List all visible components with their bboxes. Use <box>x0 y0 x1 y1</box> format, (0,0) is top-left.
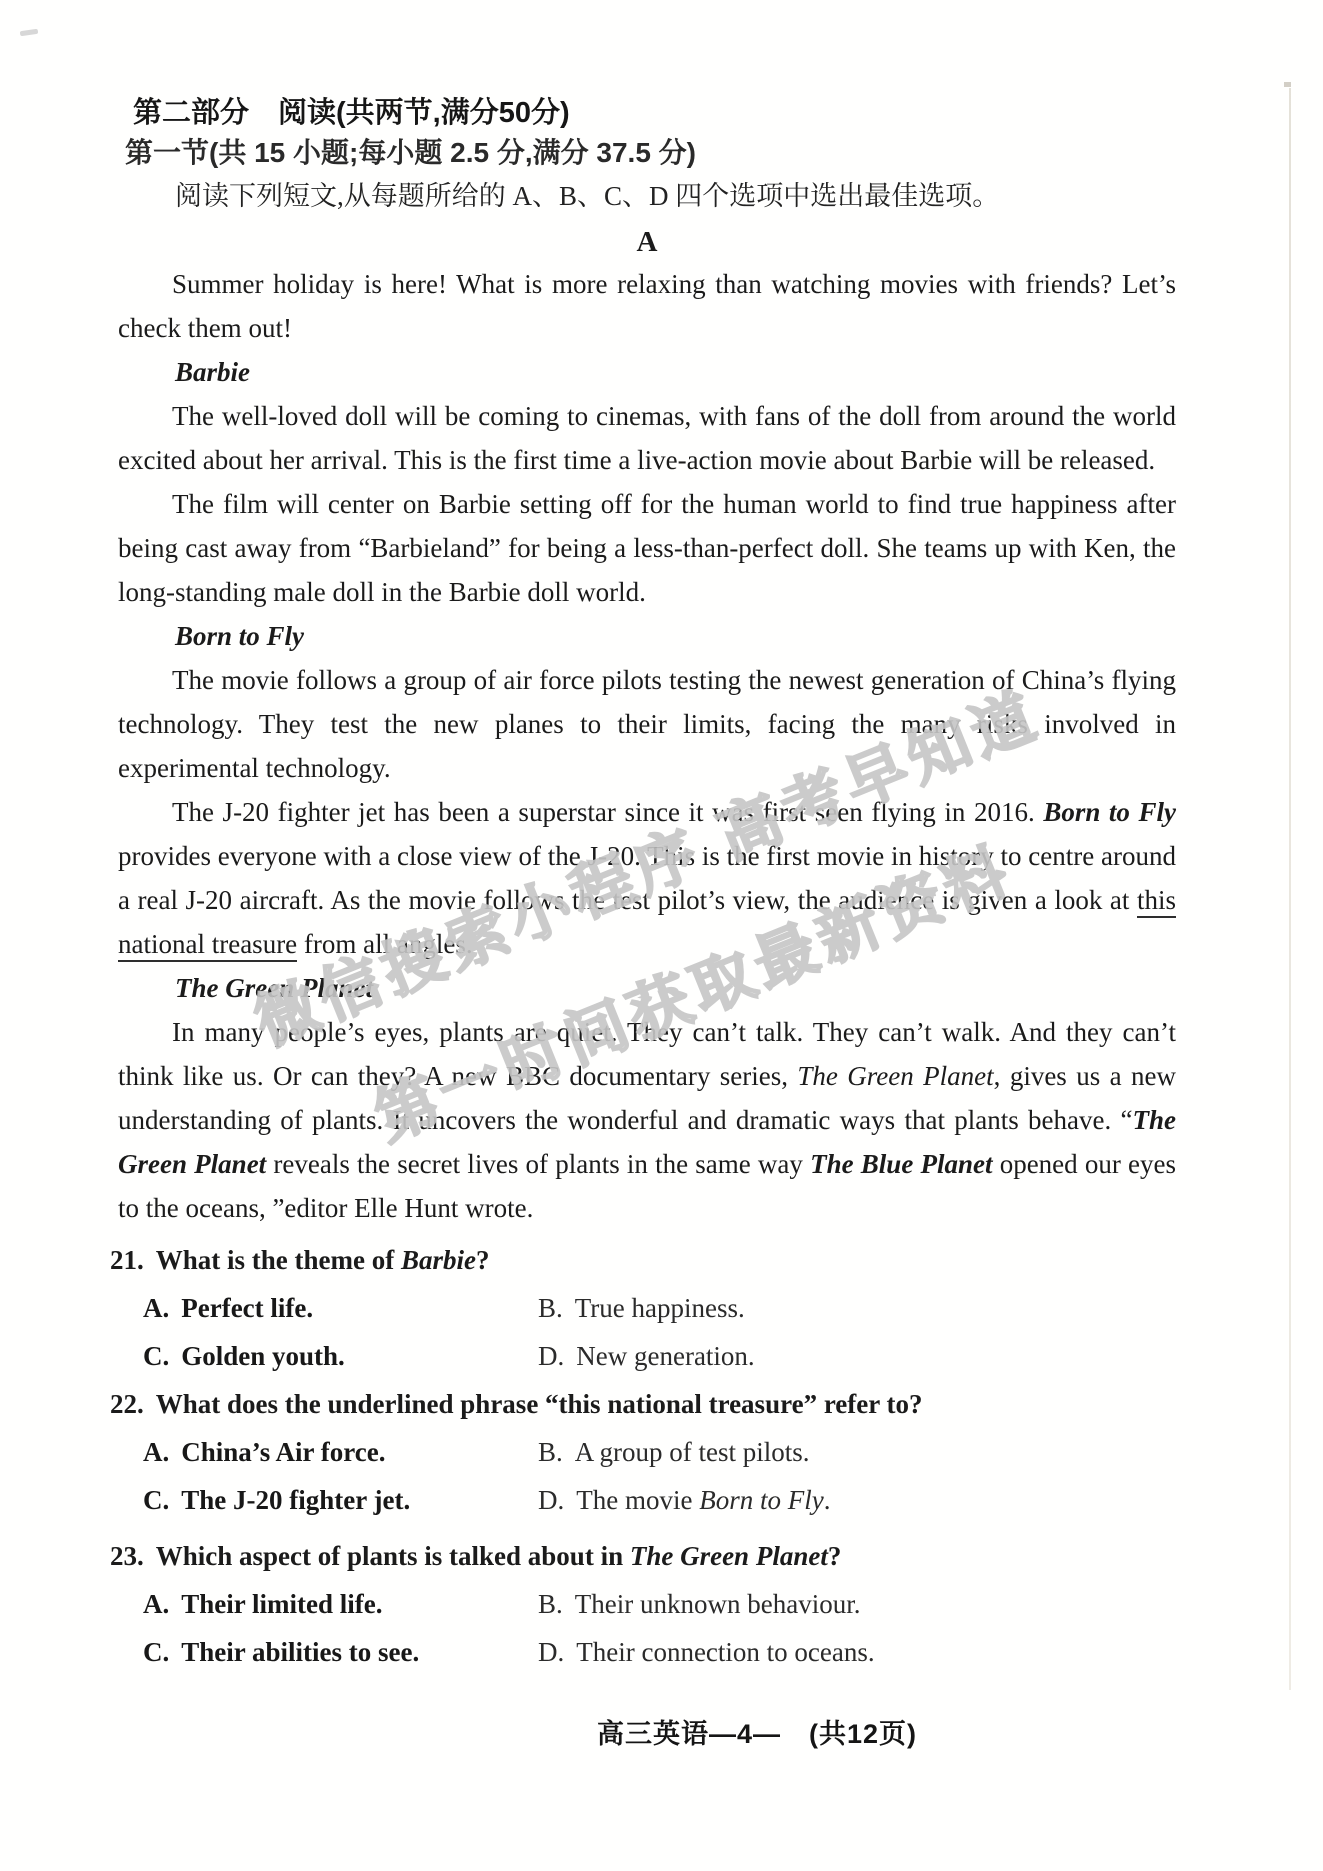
passage-label: A <box>118 222 1176 262</box>
question-22-stem: 22.What does the underlined phrase “this… <box>110 1380 1176 1428</box>
option-22-b-label: B. <box>538 1437 563 1467</box>
born-to-fly-paragraph-2: The J-20 fighter jet has been a supersta… <box>118 790 1176 966</box>
question-23-text: Which aspect of plants is talked about i… <box>156 1541 630 1571</box>
passage-intro: Summer holiday is here! What is more rel… <box>118 262 1176 350</box>
barbie-paragraph-2: The film will center on Barbie setting o… <box>118 482 1176 614</box>
option-23-b: B.Their unknown behaviour. <box>538 1580 860 1628</box>
option-23-d-label: D. <box>538 1637 564 1667</box>
option-21-a: A.Perfect life. <box>110 1284 538 1332</box>
question-21-options-row-2: C.Golden youth. D.New generation. <box>110 1332 1176 1380</box>
option-22-a-text: China’s Air force. <box>181 1437 385 1467</box>
option-21-b-label: B. <box>538 1293 563 1323</box>
question-23: 23.Which aspect of plants is talked abou… <box>110 1532 1176 1676</box>
series-title-blue-planet: The Blue Planet <box>810 1149 992 1179</box>
option-22-d-italic: Born to Fly <box>699 1485 823 1515</box>
option-23-d-text: Their connection to oceans. <box>576 1637 874 1667</box>
question-21-text: What is the theme of <box>156 1245 401 1275</box>
exam-page: 微信搜索小程序 高考早知道 第一时间获取最新资料 第二部分 阅读(共两节,满分5… <box>0 0 1323 1871</box>
option-23-a-label: A. <box>143 1589 169 1619</box>
question-block: 21.What is the theme of Barbie? A.Perfec… <box>118 1236 1176 1676</box>
barbie-heading: Barbie <box>175 350 1176 394</box>
option-23-d: D.Their connection to oceans. <box>538 1628 875 1676</box>
btf-p2-segment-1: The J-20 fighter jet has been a supersta… <box>172 797 1043 827</box>
exam-content: 第二部分 阅读(共两节,满分50分) 第一节(共 15 小题;每小题 2.5 分… <box>118 94 1176 1676</box>
option-21-d: D.New generation. <box>538 1332 755 1380</box>
movie-title-born-to-fly: Born to Fly <box>1043 797 1176 827</box>
option-23-a: A.Their limited life. <box>110 1580 538 1628</box>
page-footer: 高三英语—4— (共12页) <box>597 1712 917 1751</box>
green-planet-paragraph: In many people’s eyes, plants are quiet.… <box>118 1010 1176 1230</box>
question-22-number: 22. <box>110 1389 144 1419</box>
part-header: 第二部分 阅读(共两节,满分50分) <box>133 94 1176 132</box>
barbie-paragraph-1: The well-loved doll will be coming to ci… <box>118 394 1176 482</box>
option-21-a-label: A. <box>143 1293 169 1323</box>
question-22-text: What does the underlined phrase “this na… <box>156 1389 923 1419</box>
question-23-text-end: ? <box>828 1541 842 1571</box>
question-21-number: 21. <box>110 1245 144 1275</box>
question-22-options-row-2: C.The J-20 fighter jet. D.The movie Born… <box>110 1476 1176 1524</box>
option-21-c: C.Golden youth. <box>110 1332 538 1380</box>
btf-p2-segment-2: provides everyone with a close view of t… <box>118 841 1176 915</box>
option-23-a-text: Their limited life. <box>181 1589 382 1619</box>
question-23-number: 23. <box>110 1541 144 1571</box>
scan-smudge <box>20 29 39 36</box>
option-22-c-label: C. <box>143 1485 169 1515</box>
tgp-segment-3: reveals the secret lives of plants in th… <box>266 1149 810 1179</box>
option-23-c: C.Their abilities to see. <box>110 1628 538 1676</box>
option-23-b-text: Their unknown behaviour. <box>575 1589 861 1619</box>
option-22-b: B.A group of test pilots. <box>538 1428 810 1476</box>
question-21-italic: Barbie <box>401 1245 476 1275</box>
option-22-a: A.China’s Air force. <box>110 1428 538 1476</box>
green-planet-heading: The Green Planet <box>175 966 1176 1010</box>
born-to-fly-paragraph-1: The movie follows a group of air force p… <box>118 658 1176 790</box>
instructions-text: 阅读下列短文,从每题所给的 A、B、C、D 四个选项中选出最佳选项。 <box>175 176 1176 216</box>
option-21-a-text: Perfect life. <box>181 1293 313 1323</box>
question-21-options-row-1: A.Perfect life. B.True happiness. <box>110 1284 1176 1332</box>
option-22-d: D.The movie Born to Fly. <box>538 1476 830 1524</box>
btf-p2-segment-3: from all angles. <box>297 929 472 959</box>
option-22-a-label: A. <box>143 1437 169 1467</box>
option-23-c-text: Their abilities to see. <box>181 1637 419 1667</box>
question-22-options-row-1: A.China’s Air force. B.A group of test p… <box>110 1428 1176 1476</box>
option-23-b-label: B. <box>538 1589 563 1619</box>
option-22-b-text: A group of test pilots. <box>575 1437 810 1467</box>
option-21-d-label: D. <box>538 1341 564 1371</box>
question-23-italic: The Green Planet <box>630 1541 828 1571</box>
option-22-d-post: . <box>824 1485 831 1515</box>
option-21-b-text: True happiness. <box>575 1293 745 1323</box>
option-23-c-label: C. <box>143 1637 169 1667</box>
page-edge-line <box>1289 88 1291 1690</box>
born-to-fly-heading: Born to Fly <box>175 614 1176 658</box>
option-21-d-text: New generation. <box>576 1341 754 1371</box>
question-21: 21.What is the theme of Barbie? A.Perfec… <box>110 1236 1176 1380</box>
question-21-text-end: ? <box>476 1245 490 1275</box>
question-21-stem: 21.What is the theme of Barbie? <box>110 1236 1176 1284</box>
option-22-d-pre: The movie <box>576 1485 699 1515</box>
option-22-c: C.The J-20 fighter jet. <box>110 1476 538 1524</box>
option-22-d-label: D. <box>538 1485 564 1515</box>
option-21-c-text: Golden youth. <box>181 1341 345 1371</box>
question-23-stem: 23.Which aspect of plants is talked abou… <box>110 1532 1176 1580</box>
option-21-c-label: C. <box>143 1341 169 1371</box>
question-23-options-row-1: A.Their limited life. B.Their unknown be… <box>110 1580 1176 1628</box>
question-23-options-row-2: C.Their abilities to see. D.Their connec… <box>110 1628 1176 1676</box>
option-21-b: B.True happiness. <box>538 1284 745 1332</box>
option-22-c-text: The J-20 fighter jet. <box>181 1485 410 1515</box>
page-edge-tick <box>1284 82 1291 87</box>
series-title-green-planet: The Green Planet <box>797 1061 993 1091</box>
section-header: 第一节(共 15 小题;每小题 2.5 分,满分 37.5 分) <box>125 134 1176 172</box>
question-22: 22.What does the underlined phrase “this… <box>110 1380 1176 1524</box>
